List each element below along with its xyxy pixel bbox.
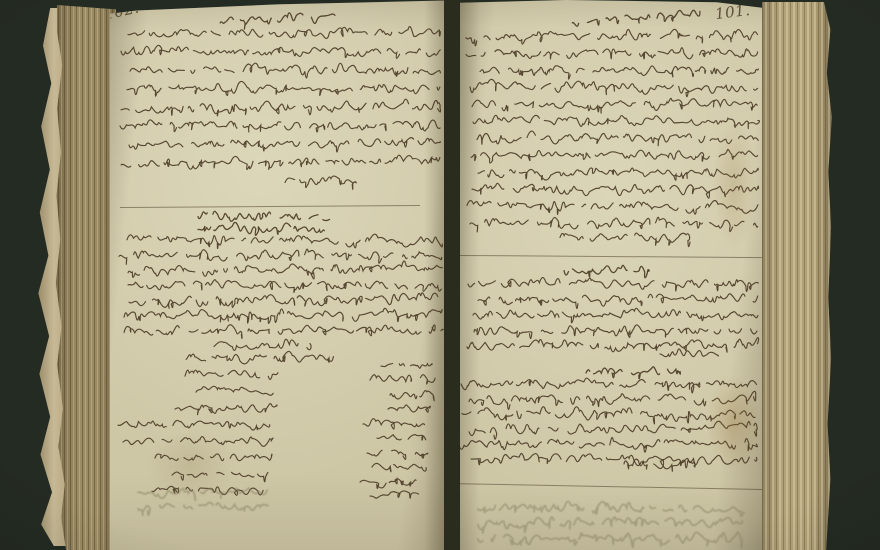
handwritten-closing-line: [660, 344, 718, 360]
handwritten-paragraph: [464, 274, 758, 352]
handwriting-line: [121, 154, 440, 170]
handwriting-line: [360, 476, 424, 487]
handwritten-closing-line: [624, 454, 694, 470]
ink-bleed-through: [478, 500, 742, 545]
handwriting-line: [473, 115, 758, 128]
handwriting-line: [285, 175, 355, 189]
handwritten-paragraph: [118, 232, 442, 337]
handwriting-line: [367, 447, 428, 458]
ink-bleed-through: [138, 482, 268, 514]
handwriting-line: [196, 386, 280, 397]
handwriting-line: [155, 452, 271, 463]
handwriting-line: [138, 501, 268, 515]
handwriting-line: [123, 436, 271, 447]
handwriting-line: [370, 490, 419, 501]
handwriting-line: [471, 452, 756, 467]
handwriting-line: [660, 347, 718, 361]
handwriting-line: [118, 419, 270, 430]
left-page-handwriting: [110, 0, 444, 550]
ruled-line: [456, 255, 762, 258]
handwritten-heading: [572, 4, 701, 29]
book-gutter-shadow: [424, 0, 480, 550]
manuscript-photo: 102. 101.: [0, 0, 880, 550]
handwriting-line: [121, 45, 440, 60]
handwriting-line: [130, 64, 440, 77]
handwriting-line: [471, 148, 758, 163]
signature-column: [124, 364, 284, 496]
right-page: 101.: [460, 0, 762, 550]
handwritten-closing-line: [560, 228, 688, 244]
handwriting-line: [466, 30, 758, 44]
handwriting-line: [478, 532, 742, 545]
handwriting-line: [138, 485, 268, 499]
right-page-stack-edge: [762, 2, 834, 550]
handwriting-line: [473, 307, 758, 320]
left-page: 102.: [110, 0, 444, 550]
ruled-line: [448, 483, 764, 490]
handwriting-line: [478, 292, 758, 305]
handwriting-line: [477, 132, 758, 146]
right-page-handwriting: [460, 0, 762, 550]
handwriting-line: [175, 403, 277, 414]
handwriting-line: [185, 370, 283, 381]
handwriting-line: [478, 166, 758, 179]
handwriting-line: [377, 432, 426, 443]
handwriting-line: [478, 516, 742, 530]
handwriting-line: [363, 418, 427, 429]
ruled-line: [120, 205, 420, 208]
handwriting-line: [172, 469, 268, 480]
handwriting-line: [478, 502, 742, 515]
handwriting-line: [372, 461, 426, 472]
handwriting-line: [198, 209, 330, 223]
handwritten-paragraph: [118, 22, 440, 169]
handwritten-paragraph: [458, 376, 756, 466]
handwriting-line: [466, 47, 758, 61]
handwriting-line: [624, 457, 694, 470]
handwriting-line: [560, 230, 688, 245]
handwritten-closing-line: [285, 172, 355, 188]
handwriting-line: [468, 276, 758, 289]
handwritten-paragraph: [466, 26, 758, 230]
handwritten-closing-line: [186, 349, 336, 365]
